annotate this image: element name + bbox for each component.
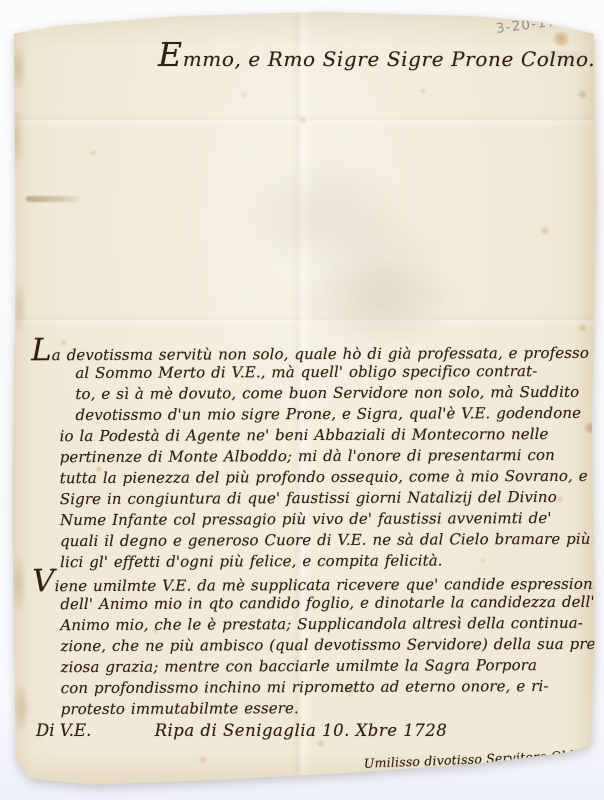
- document-scan: 3-20-170 Emmo, e Rmo Sigre Sigre Prone C…: [0, 0, 604, 800]
- place-date: Ripa di Senigaglia 10. Xbre 1728: [155, 721, 448, 740]
- letter-salutation: Emmo, e Rmo Sigre Sigre Prone Colmo.: [158, 35, 540, 74]
- ink-bleed-through: [280, 258, 470, 343]
- body-line: dell' Animo mio in qto candido foglio, e…: [30, 592, 600, 615]
- edge-stain: [10, 46, 26, 90]
- body-line: tutta la pienezza del più profondo osseq…: [30, 466, 600, 489]
- edge-stain: [11, 552, 26, 614]
- age-spot: [552, 32, 570, 46]
- age-spot: [578, 324, 587, 332]
- ink-bleed-through: [320, 205, 450, 355]
- age-spot: [90, 150, 97, 156]
- age-spot: [578, 90, 587, 99]
- letter-body: La devotissma servitù non solo, quale hò…: [29, 340, 601, 720]
- age-spot: [198, 756, 208, 763]
- paper: 3-20-170 Emmo, e Rmo Sigre Sigre Prone C…: [0, 0, 604, 800]
- body-line: to, e sì à mè dovuto, come buon Servidor…: [29, 382, 599, 405]
- body-line: protesto immutabilmte essere.: [31, 697, 601, 720]
- body-line: devotissmo d'un mio sigre Prone, e Sigra…: [29, 403, 599, 426]
- body-line: io la Podestà di Agente ne' beni Abbazia…: [30, 424, 600, 447]
- edge-stain: [13, 282, 26, 336]
- archival-number: 3-20-170: [495, 8, 604, 37]
- body-line: quali il degno e generoso Cuore di V.E. …: [30, 529, 600, 552]
- edge-stain: [9, 106, 23, 172]
- body-line: con profondissmo inchino mi riprometto a…: [31, 676, 601, 699]
- body-line: La devotissma servitù non solo, quale hò…: [29, 340, 599, 363]
- ink-smear: [26, 196, 82, 202]
- paper-shadow: 3-20-170 Emmo, e Rmo Sigre Sigre Prone C…: [0, 0, 604, 800]
- body-line: ziosa grazia; mentre con bacciarle umilm…: [31, 655, 601, 678]
- age-spot: [420, 88, 426, 94]
- ink-bleed-through: [240, 155, 410, 275]
- letter-closing: Di V.E. Ripa di Senigaglia 10. Xbre 1728: [36, 721, 596, 740]
- body-line: Sigre in congiuntura di que' faustissi g…: [30, 487, 600, 510]
- age-spot: [540, 226, 550, 235]
- age-spot: [298, 116, 308, 124]
- body-line: lici gl' effetti d'ogni più felice, e co…: [30, 550, 600, 573]
- age-spot: [534, 762, 544, 770]
- body-line: zione, che ne più ambisco (qual devotiss…: [30, 634, 600, 657]
- closing-prefix: Di V.E.: [36, 721, 91, 740]
- age-spot: [240, 92, 248, 98]
- body-line: Nume Infante col pressagio più vivo de' …: [30, 508, 600, 531]
- body-line: al Sommo Merto di V.E., mà quell' obligo…: [29, 361, 599, 384]
- body-line: pertinenze di Monte Alboddo; mi dà l'ono…: [30, 445, 600, 468]
- body-line: Viene umilmte V.E. da mè supplicata rice…: [30, 571, 600, 594]
- body-line: Animo mio, che le è prestata; Supplicand…: [30, 613, 600, 636]
- signature-title: Umilisso divotisso Servitore Oblmo: [364, 747, 594, 771]
- signature-block: Umilisso divotisso Servitore Oblmo Cesar…: [364, 747, 595, 790]
- age-spot: [316, 740, 325, 747]
- edge-stain: [13, 682, 30, 734]
